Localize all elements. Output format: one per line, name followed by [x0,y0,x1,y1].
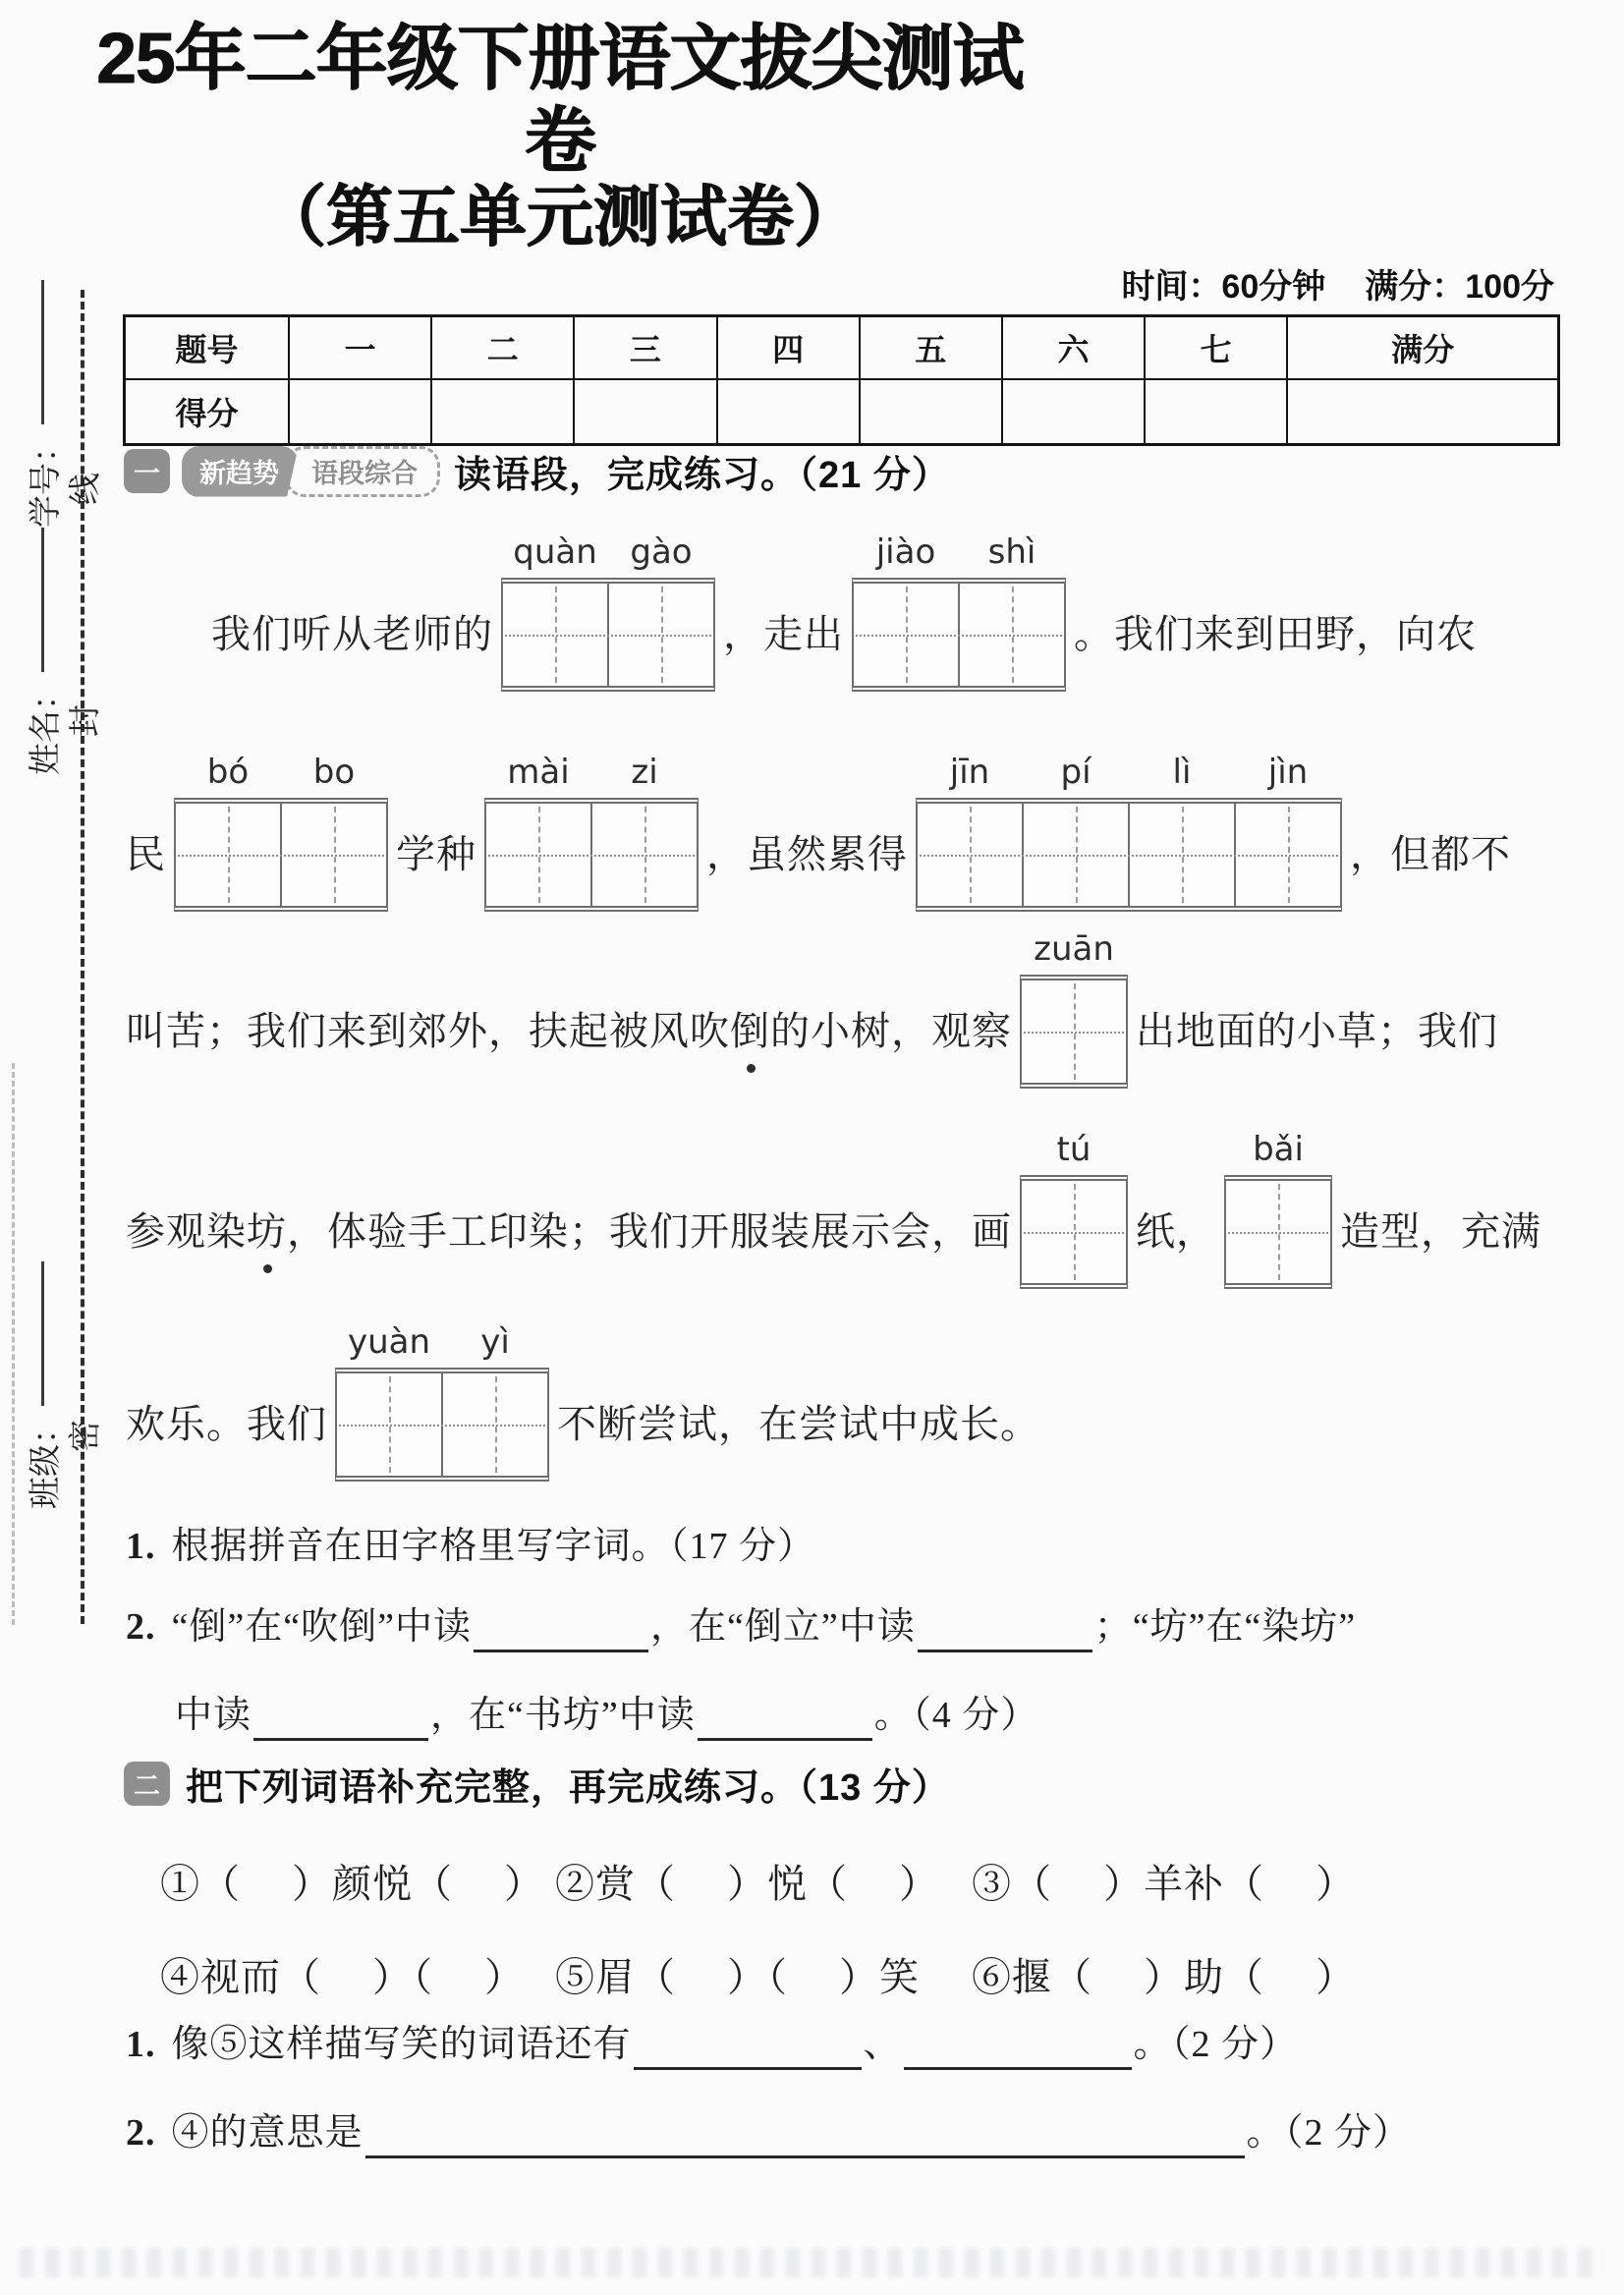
group-horizontal-guide [488,855,695,857]
tianzige-box-group: jiàoshì [852,578,1066,692]
passage-text: ，在“倒立”中读 [650,1606,916,1648]
group-horizontal-guide [1228,1232,1328,1234]
score-cell-empty [1145,379,1287,445]
passage-line: 参观染坊，体验手工印染；我们开服装展示会，画tú纸，bǎi造型，充满 [126,1175,1541,1289]
group-horizontal-guide [920,855,1338,857]
pinyin-label: mài [486,753,590,792]
tianzige-box-group: zuān [1020,975,1128,1089]
score-cell-empty [860,379,1002,445]
pinyin-label: quàn [503,532,607,572]
score-table-header-row: 题号一二三四五六七满分 [125,316,1559,380]
pinyin-label: shì [960,532,1064,572]
score-row-label-cell: 得分 [125,379,290,445]
passage-text: 的小树，观察 [770,1006,1012,1057]
section-one-header: 一 新趋势 语段综合 读语段，完成练习。（21 分） [124,444,950,498]
passage-text: 、 [864,2024,902,2065]
passage-text: 欢乐。我们 [126,1399,327,1450]
idiom-row: ④视而（ ）（ ）⑤眉（ ）（ ）笑⑥揠（ ）助（ ） [160,1951,1555,2004]
question-line: 1.像⑤这样描写笑的词语还有、。（2 分） [126,2017,1550,2072]
student-info-blank [41,1261,44,1406]
score-cell-empty [289,379,431,445]
passage-text: 不断尝试，在尝试中成长。 [557,1399,1040,1450]
score-table-column-header: 四 [717,316,860,380]
score-table-corner-cell: 题号 [125,316,290,380]
tianzige-box-group: quàngào [501,578,715,692]
section-two-number-badge: 二 [124,1762,170,1806]
passage-text: 叫苦；我们来到郊外，扶起被风吹 [126,1006,730,1057]
exam-time: 时间：60分钟 [1121,268,1325,306]
idiom-row: ①（ ）颜悦（ ）②赏（ ）悦（ ）③（ ）羊补（ ） [160,1858,1555,1911]
passage-text: ；“坊”在“染坊” [1094,1606,1356,1648]
score-table-column-header: 二 [431,316,574,380]
idiom-item: ②赏（ ）悦（ ） [555,1858,972,1911]
student-info-field: 学号： [20,276,65,528]
score-cell-empty [431,379,574,445]
score-cell-empty [1002,379,1145,445]
pinyin-label: zi [592,753,697,792]
seal-character: 封 [60,700,106,743]
section-one-number-badge: 一 [124,449,170,493]
passage-text: 根据拼音在田字格里写字词。（17 分） [172,1526,816,1567]
new-trend-badge: 新趋势 [182,446,299,497]
pinyin-label: bó [176,753,280,792]
pinyin-label: gào [609,532,713,572]
pinyin-label: bǎi [1226,1130,1330,1169]
score-table-column-header: 六 [1002,316,1145,380]
passage-text: “倒”在“吹倒”中读 [172,1606,472,1648]
passage-text: 学种 [396,829,476,880]
passage-text: 出地面的小草；我们 [1136,1006,1498,1057]
pinyin-label: zuān [1022,929,1126,969]
score-cell-empty [574,379,716,445]
answer-blank-line [918,1650,1092,1652]
score-cell-empty [717,379,860,445]
score-table-column-header: 七 [1145,316,1287,380]
pinyin-label: jiào [854,532,958,572]
student-info-field: 姓名： [20,524,65,775]
passage-text: 纸， [1136,1206,1216,1258]
idiom-item: ⑤眉（ ）（ ）笑 [555,1951,972,2004]
passage-line: 民bóbo学种màizi，虽然累得jīnpílìjìn，但都不 [126,798,1511,912]
passage-text: 。我们来到田野，向农 [1074,609,1477,660]
student-info-label: 姓名： [20,678,66,775]
group-horizontal-guide [856,635,1062,637]
pinyin-label: yì [443,1322,547,1362]
pinyin-label: pí [1024,753,1128,792]
passage-line: 欢乐。我们yuànyì不断尝试，在尝试中成长。 [126,1368,1040,1482]
paper-title-line1: 25年二年级下册语文拔尖测试卷 [79,18,1041,183]
score-table-column-header: 满分 [1287,316,1558,380]
tianzige-box-group: màizi [484,798,699,912]
answer-blank-line [698,1738,872,1741]
passage-text: ，虽然累得 [706,829,908,880]
question-line: 2.“倒”在“吹倒”中读，在“倒立”中读；“坊”在“染坊” [126,1599,1550,1654]
passage-text: 。（2 分） [1247,2112,1412,2154]
group-horizontal-guide [339,1425,545,1427]
paper-title: 25年二年级下册语文拔尖测试卷 （第五单元测试卷） [79,18,1041,255]
emphasized-character: 坊 [247,1206,287,1258]
idiom-item: ④视而（ ）（ ） [160,1951,555,2004]
score-cell-empty [1287,379,1558,445]
passage-comprehensive-badge: 语段综合 [285,446,440,497]
answer-blank-line [904,2067,1132,2070]
idiom-item: ③（ ）羊补（ ） [972,1858,1356,1911]
passage-line: 我们听从老师的quàngào，走出jiàoshì。我们来到田野，向农 [211,578,1477,692]
passage-text: 民 [126,829,166,880]
tianzige-box-group: jīnpílìjìn [916,798,1342,912]
pinyin-label: bo [282,753,386,792]
passage-text: 。（4 分） [874,1695,1039,1736]
passage-text: 。（2 分） [1134,2024,1299,2065]
student-info-blank [41,528,44,672]
question-number: 2. [126,1606,156,1648]
answer-blank-line [474,1650,648,1652]
left-edge-dashed-line [12,1063,15,1625]
passage-text: ④的意思是 [172,2112,364,2154]
passage-line: 叫苦；我们来到郊外，扶起被风吹倒的小树，观察zuān出地面的小草；我们 [126,975,1498,1089]
pinyin-label: lì [1130,753,1234,792]
pinyin-label: yuàn [337,1322,441,1362]
passage-text: 我们听从老师的 [211,609,493,660]
seal-character: 密 [60,1415,106,1458]
answer-blank-line [253,1738,428,1741]
group-horizontal-guide [505,635,711,637]
answer-blank-line [365,2155,1245,2158]
question-number: 1. [126,1526,156,1567]
student-info-label: 班级： [20,1412,66,1509]
question-number: 2. [126,2112,156,2154]
idiom-item: ⑥揠（ ）助（ ） [972,1951,1356,2004]
idiom-item: ①（ ）颜悦（ ） [160,1858,555,1911]
page-bottom-bleedthrough [20,2248,1604,2277]
tianzige-box-group: bǎi [1224,1175,1332,1289]
student-info-field: 班级： [20,1258,65,1509]
passage-text: ，在“书坊”中读 [430,1695,696,1736]
answer-blank-line [634,2067,862,2070]
student-info-label: 学号： [20,430,66,528]
section-two-title: 把下列词语补充完整，再完成练习。（13 分） [186,1757,950,1811]
test-paper-page: 学号：姓名：班级： 线封密 25年二年级下册语文拔尖测试卷 （第五单元测试卷） … [0,0,1624,2295]
question-line: 2.④的意思是。（2 分） [126,2105,1550,2160]
pinyin-label: jīn [918,753,1022,792]
tianzige-box-group: tú [1020,1175,1128,1289]
question-line: 1.根据拼音在田字格里写字词。（17 分） [126,1519,1550,1574]
passage-text: 中读 [175,1695,252,1736]
score-table: 题号一二三四五六七满分得分 [123,314,1560,446]
section-two-header: 二 把下列词语补充完整，再完成练习。（13 分） [124,1757,950,1811]
passage-text: 像⑤这样描写笑的词语还有 [172,2024,632,2065]
group-horizontal-guide [1024,1232,1124,1234]
score-table-column-header: 一 [289,316,431,380]
passage-text: ，走出 [723,609,844,660]
pinyin-label: jìn [1236,753,1340,792]
emphasized-character: 倒 [730,1006,770,1057]
exam-meta-line: 时间：60分钟满分：100分 [0,259,1554,308]
group-horizontal-guide [1024,1032,1124,1034]
paper-title-line2: （第五单元测试卷） [79,179,1041,255]
pinyin-label: tú [1022,1130,1126,1169]
tianzige-box-group: bóbo [174,798,388,912]
score-table-column-header: 五 [860,316,1002,380]
tianzige-box-group: yuànyì [335,1368,549,1482]
question-number: 1. [126,2024,156,2065]
exam-full-score: 满分：100分 [1365,268,1554,306]
passage-text: ，体验手工印染；我们开服装展示会，画 [287,1206,1012,1258]
seal-character: 线 [60,468,106,511]
passage-text: 造型，充满 [1340,1206,1541,1258]
section-one-title: 读语段，完成练习。（21 分） [454,444,950,498]
group-horizontal-guide [178,855,384,857]
passage-text: ，但都不 [1350,829,1511,880]
question-line: 中读，在“书坊”中读。（4 分） [126,1688,1599,1743]
score-table-column-header: 三 [574,316,716,380]
score-table-score-row: 得分 [125,379,1559,445]
passage-text: 参观染 [126,1206,247,1258]
